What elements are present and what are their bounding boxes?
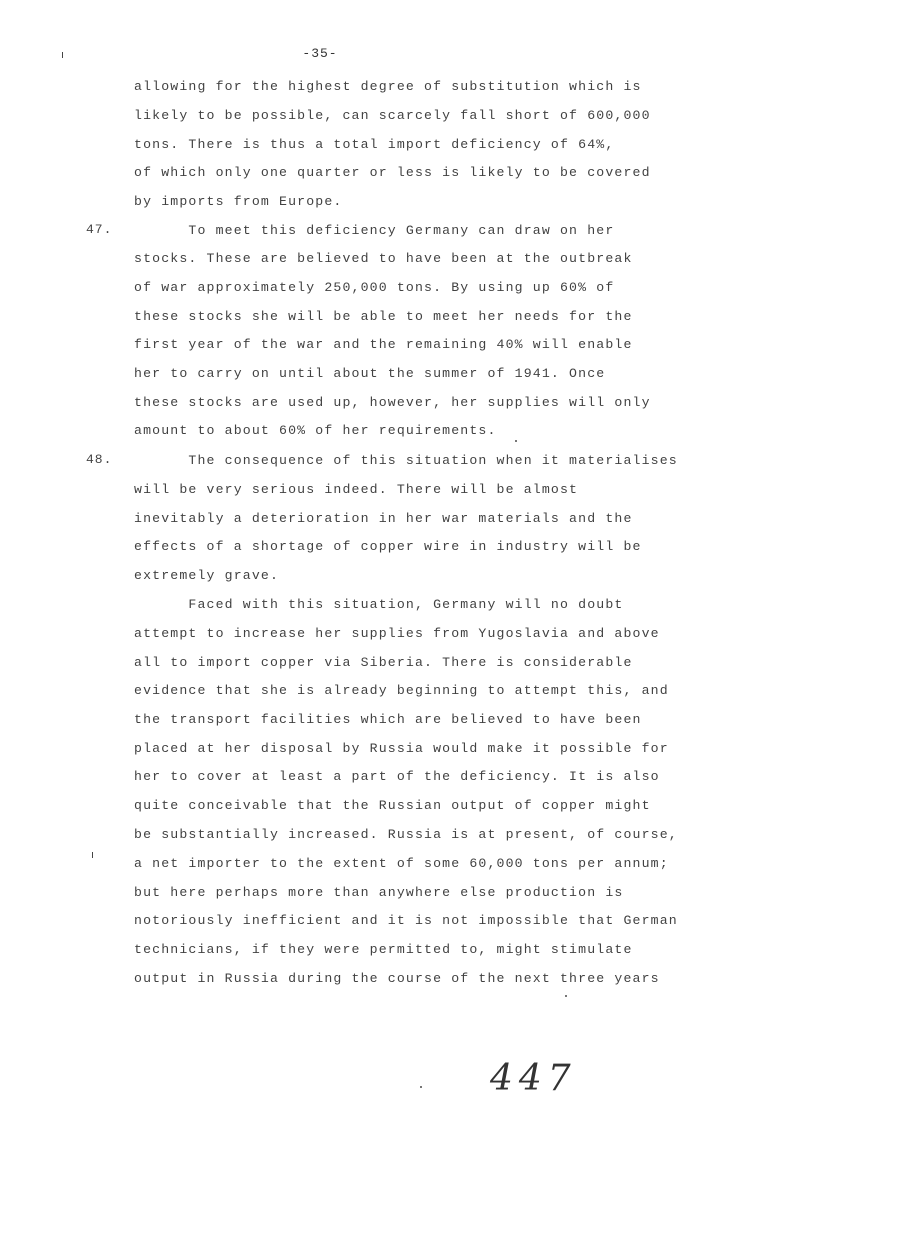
text-line: of which only one quarter or less is lik… — [134, 164, 651, 182]
page-number: -35- — [290, 46, 350, 61]
text-line: To meet this deficiency Germany can draw… — [134, 222, 614, 240]
paragraph-number: 47. — [86, 222, 112, 237]
text-line: allowing for the highest degree of subst… — [134, 78, 642, 96]
text-line: placed at her disposal by Russia would m… — [134, 740, 669, 758]
text-line: be substantially increased. Russia is at… — [134, 826, 678, 844]
text-line: these stocks she will be able to meet he… — [134, 308, 633, 326]
text-line: by imports from Europe. — [134, 193, 342, 211]
text-line: but here perhaps more than anywhere else… — [134, 884, 623, 902]
text-line: The consequence of this situation when i… — [134, 452, 678, 470]
text-line: stocks. These are believed to have been … — [134, 250, 633, 268]
text-line: Faced with this situation, Germany will … — [134, 596, 623, 614]
paragraph-number: 48. — [86, 452, 112, 467]
text-line: these stocks are used up, however, her s… — [134, 394, 651, 412]
text-line: effects of a shortage of copper wire in … — [134, 538, 642, 556]
scan-speck — [515, 440, 517, 442]
margin-mark — [62, 52, 63, 58]
text-line: her to cover at least a part of the defi… — [134, 768, 660, 786]
text-line: her to carry on until about the summer o… — [134, 365, 605, 383]
text-line: of war approximately 250,000 tons. By us… — [134, 279, 614, 297]
text-line: quite conceivable that the Russian outpu… — [134, 797, 651, 815]
text-line: attempt to increase her supplies from Yu… — [134, 625, 660, 643]
scan-speck — [420, 1086, 422, 1088]
text-line: extremely grave. — [134, 567, 279, 585]
text-line: inevitably a deterioration in her war ma… — [134, 510, 633, 528]
text-line: output in Russia during the course of th… — [134, 970, 660, 988]
document-page: -35- allowing for the highest degree of … — [0, 0, 900, 1254]
margin-mark — [92, 852, 93, 858]
text-line: a net importer to the extent of some 60,… — [134, 855, 669, 873]
text-line: evidence that she is already beginning t… — [134, 682, 669, 700]
text-line: amount to about 60% of her requirements. — [134, 422, 497, 440]
text-line: technicians, if they were permitted to, … — [134, 941, 633, 959]
text-line: the transport facilities which are belie… — [134, 711, 642, 729]
handwritten-folio-number: 447 — [490, 1058, 577, 1099]
text-line: tons. There is thus a total import defic… — [134, 136, 614, 154]
text-line: likely to be possible, can scarcely fall… — [134, 107, 651, 125]
scan-speck — [565, 995, 567, 997]
text-line: first year of the war and the remaining … — [134, 336, 633, 354]
text-line: will be very serious indeed. There will … — [134, 481, 578, 499]
text-line: notoriously inefficient and it is not im… — [134, 912, 678, 930]
text-line: all to import copper via Siberia. There … — [134, 654, 633, 672]
